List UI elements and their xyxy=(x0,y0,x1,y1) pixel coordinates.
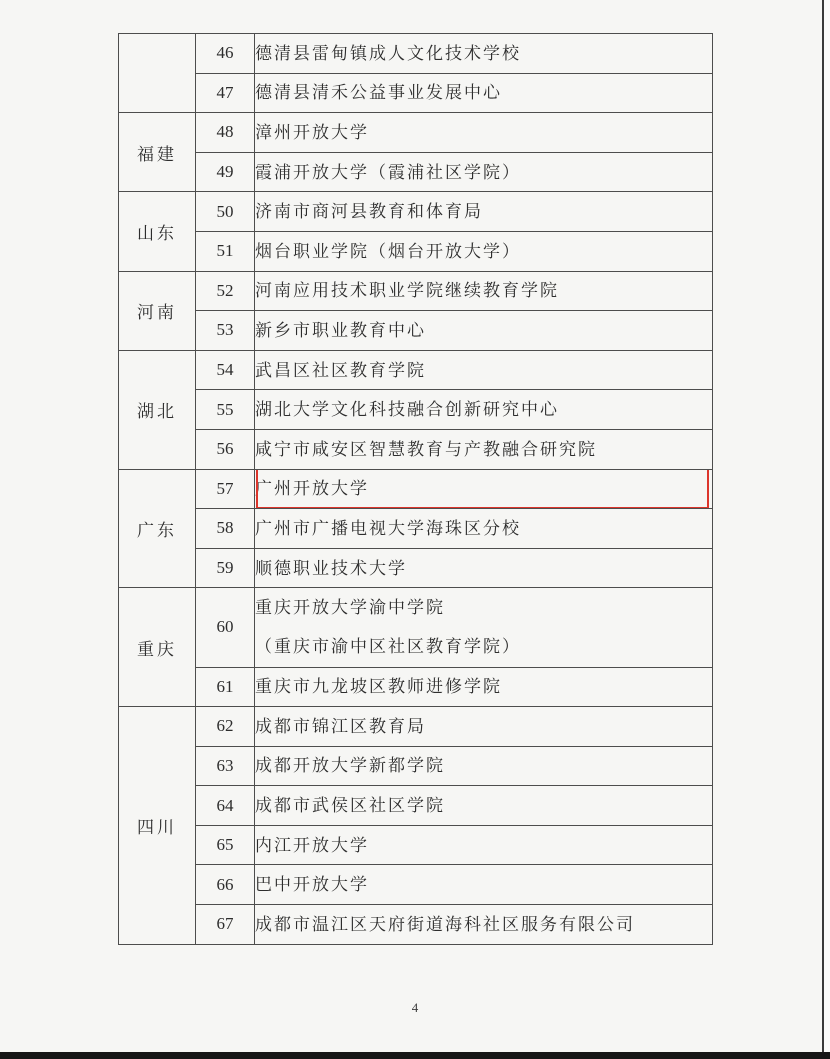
institution-cell: 内江开放大学 xyxy=(255,825,713,865)
province-cell: 河南 xyxy=(119,271,196,350)
table-row: 59顺德职业技术大学 xyxy=(119,548,713,588)
institution-name: （重庆市渝中区社区教育学院） xyxy=(255,638,712,655)
table-row: 河南52河南应用技术职业学院继续教育学院 xyxy=(119,271,713,311)
institution-name: 成都市温江区天府街道海科社区服务有限公司 xyxy=(255,916,712,933)
table-row: 56咸宁市咸安区智慧教育与产教融合研究院 xyxy=(119,429,713,469)
institution-name: 成都开放大学新都学院 xyxy=(255,757,712,774)
row-number-cell: 54 xyxy=(196,350,255,390)
institution-name: 漳州开放大学 xyxy=(255,124,712,141)
row-number-cell: 67 xyxy=(196,905,255,945)
institution-cell: 成都市锦江区教育局 xyxy=(255,707,713,747)
table-row: 福建48漳州开放大学 xyxy=(119,113,713,153)
table-row: 61重庆市九龙坡区教师进修学院 xyxy=(119,667,713,707)
institution-name: 咸宁市咸安区智慧教育与产教融合研究院 xyxy=(255,441,712,458)
institution-cell: 重庆市九龙坡区教师进修学院 xyxy=(255,667,713,707)
table-row: 49霞浦开放大学（霞浦社区学院） xyxy=(119,152,713,192)
table-row: 51烟台职业学院（烟台开放大学） xyxy=(119,231,713,271)
page-number: 4 xyxy=(0,1000,830,1016)
row-number-cell: 65 xyxy=(196,825,255,865)
scan-edge-margin xyxy=(824,0,830,1059)
institution-cell: 顺德职业技术大学 xyxy=(255,548,713,588)
institution-cell: 成都市温江区天府街道海科社区服务有限公司 xyxy=(255,905,713,945)
institution-name: 内江开放大学 xyxy=(255,837,712,854)
table-row: 重庆60重庆开放大学渝中学院（重庆市渝中区社区教育学院） xyxy=(119,588,713,667)
institution-cell: 漳州开放大学 xyxy=(255,113,713,153)
row-number-cell: 49 xyxy=(196,152,255,192)
province-cell: 重庆 xyxy=(119,588,196,707)
province-cell: 广东 xyxy=(119,469,196,588)
institution-name: 新乡市职业教育中心 xyxy=(255,322,712,339)
institution-name: 巴中开放大学 xyxy=(255,876,712,893)
row-number-cell: 66 xyxy=(196,865,255,905)
institution-name: 顺德职业技术大学 xyxy=(255,560,712,577)
institution-name: 重庆市九龙坡区教师进修学院 xyxy=(255,678,712,695)
institution-name: 广州市广播电视大学海珠区分校 xyxy=(255,520,712,537)
row-number-cell: 48 xyxy=(196,113,255,153)
row-number-cell: 61 xyxy=(196,667,255,707)
institution-name: 烟台职业学院（烟台开放大学） xyxy=(255,243,712,260)
institution-name: 德清县清禾公益事业发展中心 xyxy=(255,84,712,101)
row-number-cell: 62 xyxy=(196,707,255,747)
table-row: 47德清县清禾公益事业发展中心 xyxy=(119,73,713,113)
table-row: 55湖北大学文化科技融合创新研究中心 xyxy=(119,390,713,430)
province-cell xyxy=(119,34,196,113)
row-number-cell: 53 xyxy=(196,311,255,351)
province-cell: 福建 xyxy=(119,113,196,192)
row-number-cell: 60 xyxy=(196,588,255,667)
table-row: 53新乡市职业教育中心 xyxy=(119,311,713,351)
table-row: 46德清县雷甸镇成人文化技术学校 xyxy=(119,34,713,74)
institution-cell: 咸宁市咸安区智慧教育与产教融合研究院 xyxy=(255,429,713,469)
institution-cell: 成都开放大学新都学院 xyxy=(255,746,713,786)
institution-name: 重庆开放大学渝中学院 xyxy=(255,599,712,616)
institution-name: 霞浦开放大学（霞浦社区学院） xyxy=(255,164,712,181)
institution-name: 德清县雷甸镇成人文化技术学校 xyxy=(255,45,712,62)
institution-name: 成都市武侯区社区学院 xyxy=(255,797,712,814)
row-number-cell: 55 xyxy=(196,390,255,430)
institution-name: 湖北大学文化科技融合创新研究中心 xyxy=(255,401,712,418)
institution-name: 广州开放大学 xyxy=(255,480,712,497)
institution-cell: 新乡市职业教育中心 xyxy=(255,311,713,351)
institution-cell: 重庆开放大学渝中学院（重庆市渝中区社区教育学院） xyxy=(255,588,713,667)
row-number-cell: 63 xyxy=(196,746,255,786)
row-number-cell: 52 xyxy=(196,271,255,311)
province-cell: 湖北 xyxy=(119,350,196,469)
row-number-cell: 59 xyxy=(196,548,255,588)
institution-cell: 济南市商河县教育和体育局 xyxy=(255,192,713,232)
table-row: 66巴中开放大学 xyxy=(119,865,713,905)
institution-name: 成都市锦江区教育局 xyxy=(255,718,712,735)
row-number-cell: 58 xyxy=(196,509,255,549)
table-row: 山东50济南市商河县教育和体育局 xyxy=(119,192,713,232)
row-number-cell: 47 xyxy=(196,73,255,113)
table-row: 65内江开放大学 xyxy=(119,825,713,865)
row-number-cell: 51 xyxy=(196,231,255,271)
table-row: 58广州市广播电视大学海珠区分校 xyxy=(119,509,713,549)
institutions-table-body: 46德清县雷甸镇成人文化技术学校47德清县清禾公益事业发展中心福建48漳州开放大… xyxy=(119,34,713,945)
institution-cell: 成都市武侯区社区学院 xyxy=(255,786,713,826)
institutions-table: 46德清县雷甸镇成人文化技术学校47德清县清禾公益事业发展中心福建48漳州开放大… xyxy=(118,33,713,945)
institution-cell: 巴中开放大学 xyxy=(255,865,713,905)
institution-cell: 德清县清禾公益事业发展中心 xyxy=(255,73,713,113)
row-number-cell: 64 xyxy=(196,786,255,826)
row-number-cell: 50 xyxy=(196,192,255,232)
table-row: 63成都开放大学新都学院 xyxy=(119,746,713,786)
table-row: 四川62成都市锦江区教育局 xyxy=(119,707,713,747)
institution-name: 河南应用技术职业学院继续教育学院 xyxy=(255,282,712,299)
table-row: 湖北54武昌区社区教育学院 xyxy=(119,350,713,390)
province-cell: 山东 xyxy=(119,192,196,271)
institution-cell: 武昌区社区教育学院 xyxy=(255,350,713,390)
institution-cell: 霞浦开放大学（霞浦社区学院） xyxy=(255,152,713,192)
institution-cell: 烟台职业学院（烟台开放大学） xyxy=(255,231,713,271)
scan-bottom-bar xyxy=(0,1052,830,1059)
table-row: 64成都市武侯区社区学院 xyxy=(119,786,713,826)
institution-cell: 德清县雷甸镇成人文化技术学校 xyxy=(255,34,713,74)
institution-name: 济南市商河县教育和体育局 xyxy=(255,203,712,220)
institution-cell: 湖北大学文化科技融合创新研究中心 xyxy=(255,390,713,430)
table-row: 67成都市温江区天府街道海科社区服务有限公司 xyxy=(119,905,713,945)
row-number-cell: 56 xyxy=(196,429,255,469)
row-number-cell: 57 xyxy=(196,469,255,509)
scanned-document-page: 46德清县雷甸镇成人文化技术学校47德清县清禾公益事业发展中心福建48漳州开放大… xyxy=(0,0,830,1059)
table-row: 广东57广州开放大学 xyxy=(119,469,713,509)
institution-cell: 广州开放大学 xyxy=(255,469,713,509)
row-number-cell: 46 xyxy=(196,34,255,74)
institution-cell: 河南应用技术职业学院继续教育学院 xyxy=(255,271,713,311)
province-cell: 四川 xyxy=(119,707,196,945)
institution-name: 武昌区社区教育学院 xyxy=(255,362,712,379)
institution-cell: 广州市广播电视大学海珠区分校 xyxy=(255,509,713,549)
